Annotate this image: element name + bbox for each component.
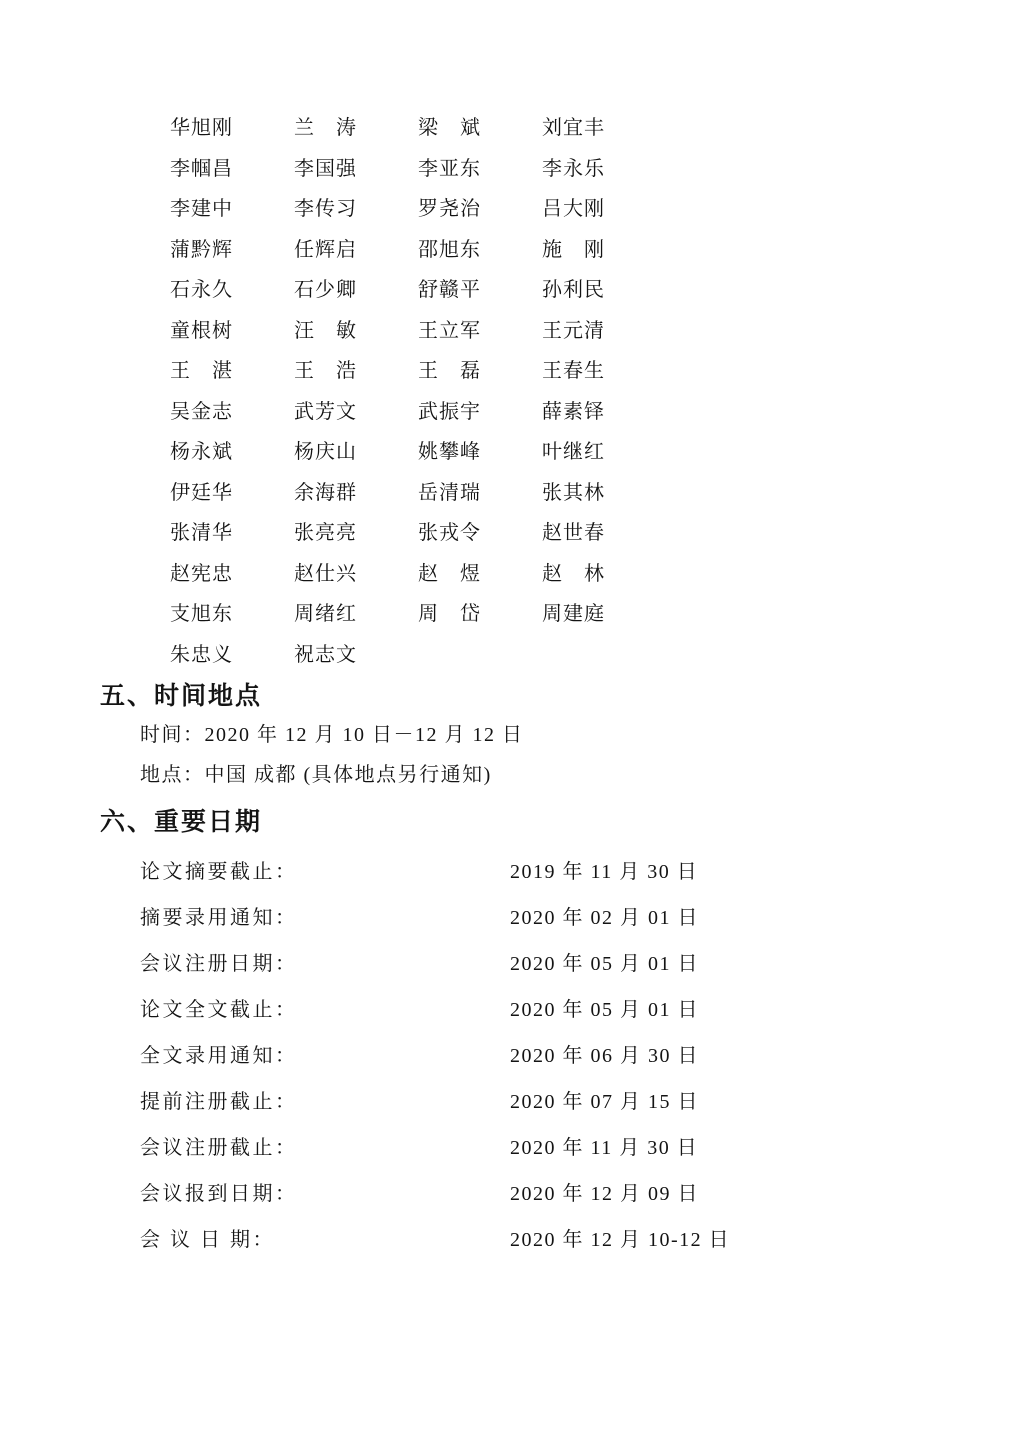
person-name: 李国强: [294, 149, 418, 190]
date-row-value: 2020 年 05 月 01 日: [510, 987, 699, 1033]
person-name: 张戎令: [418, 513, 542, 554]
person-name: 王 浩: [294, 351, 418, 392]
person-name: 王 磊: [418, 351, 542, 392]
person-name: 支旭东: [170, 594, 294, 635]
person-name: 吴金志: [170, 392, 294, 433]
date-row: 会议注册截止：2020 年 11 月 30 日: [140, 1125, 1024, 1171]
date-row-label: 提前注册截止：: [140, 1079, 510, 1125]
person-name: 杨永斌: [170, 432, 294, 473]
date-row: 论文摘要截止：2019 年 11 月 30 日: [140, 849, 1024, 895]
date-row-label: 会议注册日期：: [140, 941, 510, 987]
person-name: 刘宜丰: [542, 108, 666, 149]
section-6-heading: 六、重要日期: [100, 805, 1024, 841]
person-name: 姚攀峰: [418, 432, 542, 473]
date-row-value: 2020 年 07 月 15 日: [510, 1079, 699, 1125]
date-row: 论文全文截止：2020 年 05 月 01 日: [140, 987, 1024, 1033]
person-name: 周绪红: [294, 594, 418, 635]
person-name: 梁 斌: [418, 108, 542, 149]
date-row-value: 2020 年 12 月 09 日: [510, 1171, 699, 1217]
date-row: 会议报到日期：2020 年 12 月 09 日: [140, 1171, 1024, 1217]
section-5-heading: 五、时间地点: [100, 679, 1024, 715]
person-name: 张清华: [170, 513, 294, 554]
person-name: 杨庆山: [294, 432, 418, 473]
date-row-value: 2020 年 05 月 01 日: [510, 941, 699, 987]
person-name: 李永乐: [542, 149, 666, 190]
person-name: 武芳文: [294, 392, 418, 433]
person-name: 罗尧治: [418, 189, 542, 230]
person-name: 王立军: [418, 311, 542, 352]
person-name: 李建中: [170, 189, 294, 230]
date-row: 全文录用通知：2020 年 06 月 30 日: [140, 1033, 1024, 1079]
place-line: 地点：中国 成都 (具体地点另行通知): [140, 755, 1024, 795]
date-row: 会议注册日期：2020 年 05 月 01 日: [140, 941, 1024, 987]
person-name: 童根树: [170, 311, 294, 352]
committee-names-grid: 华旭刚兰 涛梁 斌刘宜丰李帼昌李国强李亚东李永乐李建中李传习罗尧治吕大刚蒲黔辉任…: [170, 108, 1024, 675]
person-name: 赵仕兴: [294, 554, 418, 595]
person-name: 张亮亮: [294, 513, 418, 554]
date-row-value: 2020 年 11 月 30 日: [510, 1125, 698, 1171]
person-name: 李亚东: [418, 149, 542, 190]
date-row: 提前注册截止：2020 年 07 月 15 日: [140, 1079, 1024, 1125]
person-name: 王 湛: [170, 351, 294, 392]
date-row-value: 2020 年 12 月 10-12 日: [510, 1217, 730, 1263]
date-row-label: 论文摘要截止：: [140, 849, 510, 895]
important-dates-list: 论文摘要截止：2019 年 11 月 30 日摘要录用通知：2020 年 02 …: [140, 849, 1024, 1263]
date-row: 会 议 日 期：2020 年 12 月 10-12 日: [140, 1217, 1024, 1263]
person-name: 岳清瑞: [418, 473, 542, 514]
person-name: 李帼昌: [170, 149, 294, 190]
person-name: 赵宪忠: [170, 554, 294, 595]
time-line: 时间：2020 年 12 月 10 日－12 月 12 日: [140, 715, 1024, 755]
date-row-label: 会议注册截止：: [140, 1125, 510, 1171]
document-page: 华旭刚兰 涛梁 斌刘宜丰李帼昌李国强李亚东李永乐李建中李传习罗尧治吕大刚蒲黔辉任…: [0, 0, 1024, 1447]
person-name: 汪 敏: [294, 311, 418, 352]
date-row-value: 2020 年 02 月 01 日: [510, 895, 699, 941]
date-row-value: 2019 年 11 月 30 日: [510, 849, 698, 895]
person-name: 吕大刚: [542, 189, 666, 230]
date-row-label: 摘要录用通知：: [140, 895, 510, 941]
person-name: 薛素铎: [542, 392, 666, 433]
date-row-label: 会议报到日期：: [140, 1171, 510, 1217]
person-name: 石永久: [170, 270, 294, 311]
person-name: 孙利民: [542, 270, 666, 311]
person-name: 赵 煜: [418, 554, 542, 595]
person-name: 赵世春: [542, 513, 666, 554]
person-name: 朱忠义: [170, 635, 294, 676]
person-name: 周建庭: [542, 594, 666, 635]
person-name: 祝志文: [294, 635, 418, 676]
person-name: 蒲黔辉: [170, 230, 294, 271]
person-name: 伊廷华: [170, 473, 294, 514]
person-name: 兰 涛: [294, 108, 418, 149]
person-name: 任辉启: [294, 230, 418, 271]
person-name: 李传习: [294, 189, 418, 230]
person-name: 余海群: [294, 473, 418, 514]
date-row-label: 全文录用通知：: [140, 1033, 510, 1079]
person-name: 石少卿: [294, 270, 418, 311]
person-name: 周 岱: [418, 594, 542, 635]
date-row-label: 会 议 日 期：: [140, 1217, 510, 1263]
date-row-label: 论文全文截止：: [140, 987, 510, 1033]
person-name: 赵 林: [542, 554, 666, 595]
date-row: 摘要录用通知：2020 年 02 月 01 日: [140, 895, 1024, 941]
person-name: 施 刚: [542, 230, 666, 271]
person-name: 王元清: [542, 311, 666, 352]
person-name: 舒赣平: [418, 270, 542, 311]
person-name: 华旭刚: [170, 108, 294, 149]
person-name: 王春生: [542, 351, 666, 392]
date-row-value: 2020 年 06 月 30 日: [510, 1033, 699, 1079]
person-name: 张其林: [542, 473, 666, 514]
person-name: 叶继红: [542, 432, 666, 473]
person-name: 邵旭东: [418, 230, 542, 271]
person-name: 武振宇: [418, 392, 542, 433]
